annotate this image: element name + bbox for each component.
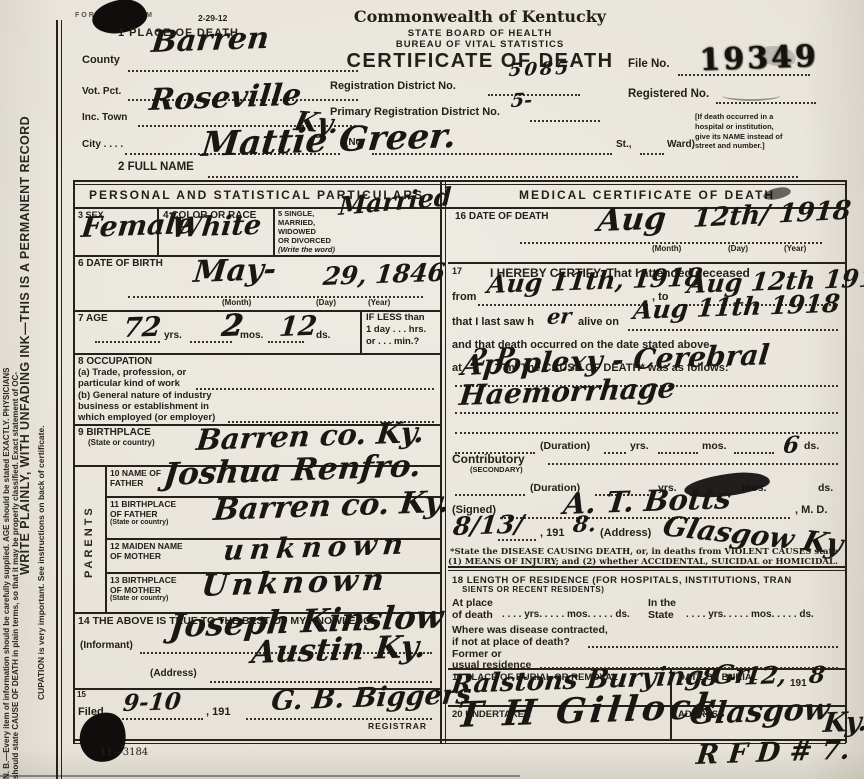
father-birthplace-label-line: 11 BIRTHPLACE	[110, 499, 176, 509]
day-caption: (Day)	[728, 244, 748, 253]
secondary-caption: (SECONDARY)	[470, 466, 523, 475]
dotted-line	[734, 450, 774, 454]
certificate-title: CERTIFICATE OF DEATH	[330, 50, 630, 74]
file-no-stamp: 19349	[699, 42, 819, 76]
date-of-death-month: Aug	[596, 203, 668, 237]
full-name-label: 2 FULL NAME	[118, 161, 194, 175]
last-saw-pronoun: er	[546, 305, 573, 327]
inc-town-label: Inc. Town	[82, 112, 127, 124]
rule	[73, 180, 846, 182]
year-caption: (Year)	[784, 244, 806, 253]
registrar-label: REGISTRAR	[368, 721, 427, 731]
yrs-caption: yrs.	[630, 440, 649, 452]
dotted-line	[196, 386, 434, 390]
dob-day-year-value: 29, 1846	[322, 260, 446, 289]
race-value: White	[170, 212, 263, 242]
duration-days-value: 6	[782, 433, 800, 457]
plate-number: 11—3184	[100, 747, 148, 759]
marital-label-line: WIDOWED	[278, 227, 335, 236]
filed-date-value: 9-10	[122, 690, 182, 715]
hospital-note-line: [If death occurred in a	[695, 112, 817, 122]
registered-no-label: Registered No.	[628, 88, 709, 102]
item-17-number: 17	[452, 266, 462, 277]
margin-note-bold: WRITE PLAINLY, WITH UNFADING INK—THIS IS…	[18, 116, 32, 575]
footnote-line1: *State the DISEASE CAUSING DEATH, or, in…	[450, 547, 838, 557]
primary-registration-value: 5-	[510, 91, 533, 111]
father-birthplace-label: 11 BIRTHPLACE OF FATHER (State or countr…	[110, 499, 176, 527]
father-name-value: Joshua Renfro.	[162, 451, 422, 491]
dotted-line	[498, 537, 536, 541]
at-place-units: . . . . yrs. . . . . mos. . . . . ds.	[502, 609, 630, 621]
age-years-value: 72	[122, 314, 162, 342]
registration-district-value: 5085	[508, 60, 572, 80]
mother-name-label-line: OF MOTHER	[110, 551, 183, 561]
file-no-label: File No.	[628, 58, 670, 72]
sign-year-prefix: , 191	[540, 527, 564, 540]
informant-address-value: Austin Ky.	[250, 632, 427, 669]
filed-year-prefix: , 191	[206, 706, 230, 719]
city-label: City . . . .	[82, 139, 123, 151]
if-less-note: IF LESS than 1 day . . . hrs. or . . . m…	[366, 312, 426, 348]
at-place-line1: At place	[452, 597, 493, 609]
footnote-line2: (1) MEANS OF INJURY; and (2) whether ACC…	[448, 557, 838, 567]
dotted-line	[658, 450, 698, 454]
dotted-line	[716, 100, 816, 104]
marital-label-line: (Write the word)	[278, 245, 335, 254]
mother-birthplace-value: Unknown	[200, 565, 389, 602]
dob-label: 6 DATE OF BIRTH	[78, 258, 163, 270]
certificate-sheet: N. B.—Every item of information should b…	[0, 0, 864, 779]
hospital-note: [If death occurred in a hospital or inst…	[695, 112, 817, 151]
dotted-line	[208, 174, 798, 178]
occupation-b-line2: business or establishment in	[78, 401, 209, 412]
st-label: St.,	[616, 139, 632, 151]
marital-label: 5 SINGLE, MARRIED, WIDOWED OR DIVORCED (…	[278, 209, 335, 254]
rule	[105, 465, 107, 612]
mother-birthplace-label-line: 13 BIRTHPLACE	[110, 575, 177, 585]
dotted-line	[628, 327, 838, 331]
dotted-line	[604, 450, 626, 454]
cause-of-death-line2: Haemorrhage	[458, 374, 677, 410]
county-label: County	[82, 54, 120, 67]
state-or-country-caption: (State or country)	[88, 438, 155, 447]
md-label: , M. D.	[795, 504, 827, 517]
occupation-a-line1: (a) Trade, profession, or	[78, 367, 186, 378]
mos-caption: mos.	[702, 440, 727, 452]
father-name-label: 10 NAME OF FATHER	[110, 468, 161, 488]
dob-month-value: May-	[192, 255, 278, 288]
dotted-line	[548, 461, 838, 465]
last-saw-date-value: Aug 11th 1918	[632, 291, 841, 323]
sign-year-value: 8.	[572, 513, 597, 536]
occupation-a-line2: particular kind of work	[78, 378, 180, 389]
state-board-line: STATE BOARD OF HEALTH	[340, 28, 620, 39]
hospital-note-line: hospital or institution,	[695, 122, 817, 132]
dotted-line	[640, 151, 664, 155]
duration-label: (Duration)	[540, 440, 590, 452]
ward-label: Ward)	[667, 139, 695, 151]
rule	[360, 310, 362, 353]
if-less-line: IF LESS than	[366, 312, 426, 324]
occupation-b-line1: (b) General nature of industry	[78, 390, 212, 401]
mother-birthplace-label-line: OF MOTHER	[110, 585, 177, 595]
mother-name-value: unknown	[222, 530, 410, 565]
day-caption: (Day)	[316, 298, 336, 307]
margin-note-nb-3: CUPATION is very important. See instruct…	[36, 425, 46, 700]
rule	[273, 207, 275, 255]
dotted-line	[455, 410, 838, 414]
father-birthplace-value: Barren co. Ky.	[212, 488, 451, 526]
margin-note-nb-1: N. B.—Every item of information should b…	[2, 368, 11, 779]
father-name-label-line: 10 NAME OF	[110, 468, 161, 478]
father-birthplace-label-line: OF FATHER	[110, 509, 176, 519]
mother-birthplace-label: 13 BIRTHPLACE OF MOTHER (State or countr…	[110, 575, 177, 603]
rule	[56, 20, 58, 779]
attended-from-value: Aug 11th, 1918	[486, 264, 704, 297]
ds-caption: ds.	[804, 440, 819, 452]
mos-caption: mos.	[240, 330, 263, 342]
marital-label-line: MARRIED,	[278, 218, 335, 227]
informant-label: (Informant)	[80, 640, 133, 652]
ds-caption: ds.	[818, 482, 833, 494]
from-label: from	[452, 291, 476, 304]
marital-label-line: OR DIVORCED	[278, 236, 335, 245]
dotted-line	[128, 68, 358, 72]
inc-town-value: Roseville	[148, 81, 303, 116]
age-days-value: 12	[278, 313, 318, 341]
vot-pct-label: Vot. Pct.	[82, 86, 121, 98]
residence-label-line2: SIENTS OR RECENT RESIDENTS)	[462, 585, 604, 594]
date-of-death-day-year: 12th/ 1918	[692, 198, 852, 232]
burial-year-prefix: 191	[790, 678, 807, 690]
month-caption: (Month)	[222, 298, 251, 307]
rule	[73, 180, 75, 743]
alive-on-label: alive on	[578, 316, 619, 329]
undertaker-address-extra: R F D # 7.	[695, 737, 851, 769]
county-value: Barren	[150, 24, 270, 58]
informant-address-label: (Address)	[150, 668, 197, 680]
dotted-line	[488, 92, 580, 96]
year-caption: (Year)	[368, 298, 390, 307]
if-less-line: 1 day . . . hrs.	[366, 324, 426, 336]
dotted-line	[455, 430, 838, 434]
full-name-value: Mattie Greer.	[200, 119, 458, 162]
item-15-number: 15	[77, 690, 86, 699]
state-or-country-caption: (State or country)	[110, 595, 177, 603]
undertaker-address-value: Glasgow	[688, 695, 831, 730]
occupation-b-line3: which employed (or employer)	[78, 412, 215, 423]
where-contracted-line2: if not at place of death?	[452, 636, 570, 648]
marital-label-line: 5 SINGLE,	[278, 209, 335, 218]
at-place-line2: of death	[452, 609, 493, 621]
mother-name-label-line: 12 MAIDEN NAME	[110, 541, 183, 551]
parents-label: PARENTS	[83, 505, 95, 578]
registered-no-scribble	[722, 90, 780, 101]
ds-caption: ds.	[316, 330, 330, 342]
date-of-death-label: 16 DATE OF DEATH	[455, 211, 549, 223]
dotted-line	[530, 118, 600, 122]
bureau-line: BUREAU OF VITAL STATISTICS	[340, 39, 620, 50]
rule	[73, 353, 440, 355]
commonwealth-title: Commonwealth of Kentucky	[340, 8, 620, 27]
dotted-line	[588, 644, 838, 648]
scan-edge	[0, 775, 520, 777]
month-caption: (Month)	[652, 244, 681, 253]
in-the-line1: In the	[648, 597, 676, 609]
registrar-signature: G. B. Biggers	[270, 681, 473, 715]
state-or-country-caption: (State or country)	[110, 519, 176, 527]
hospital-note-line: street and number.]	[695, 141, 817, 151]
dotted-line	[115, 716, 203, 720]
last-saw-label: that I last saw h	[452, 316, 534, 329]
age-label: 7 AGE	[78, 313, 108, 325]
where-contracted-line1: Where was disease contracted,	[452, 624, 608, 636]
rule	[73, 184, 846, 185]
registration-district-label: Registration District No.	[330, 80, 456, 93]
sign-address-label: (Address)	[600, 527, 651, 540]
father-name-label-line: FATHER	[110, 478, 161, 488]
undertaker-address-state: Ky.	[822, 708, 864, 737]
yrs-caption: yrs.	[164, 330, 182, 342]
in-the-line2: State	[648, 609, 674, 621]
hospital-note-line: give its NAME instead of	[695, 132, 817, 142]
in-state-units: . . . . yrs. . . . . mos. . . . . ds.	[686, 609, 814, 621]
sign-date-value: 8/13/	[452, 511, 525, 539]
rule	[61, 20, 62, 779]
mother-name-label: 12 MAIDEN NAME OF MOTHER	[110, 541, 183, 561]
burial-year-value: 8	[808, 663, 826, 687]
dotted-line	[455, 492, 525, 496]
rule	[448, 570, 846, 571]
primary-registration-label: Primary Registration District No.	[330, 106, 500, 119]
if-less-line: or . . . min.?	[366, 336, 426, 348]
